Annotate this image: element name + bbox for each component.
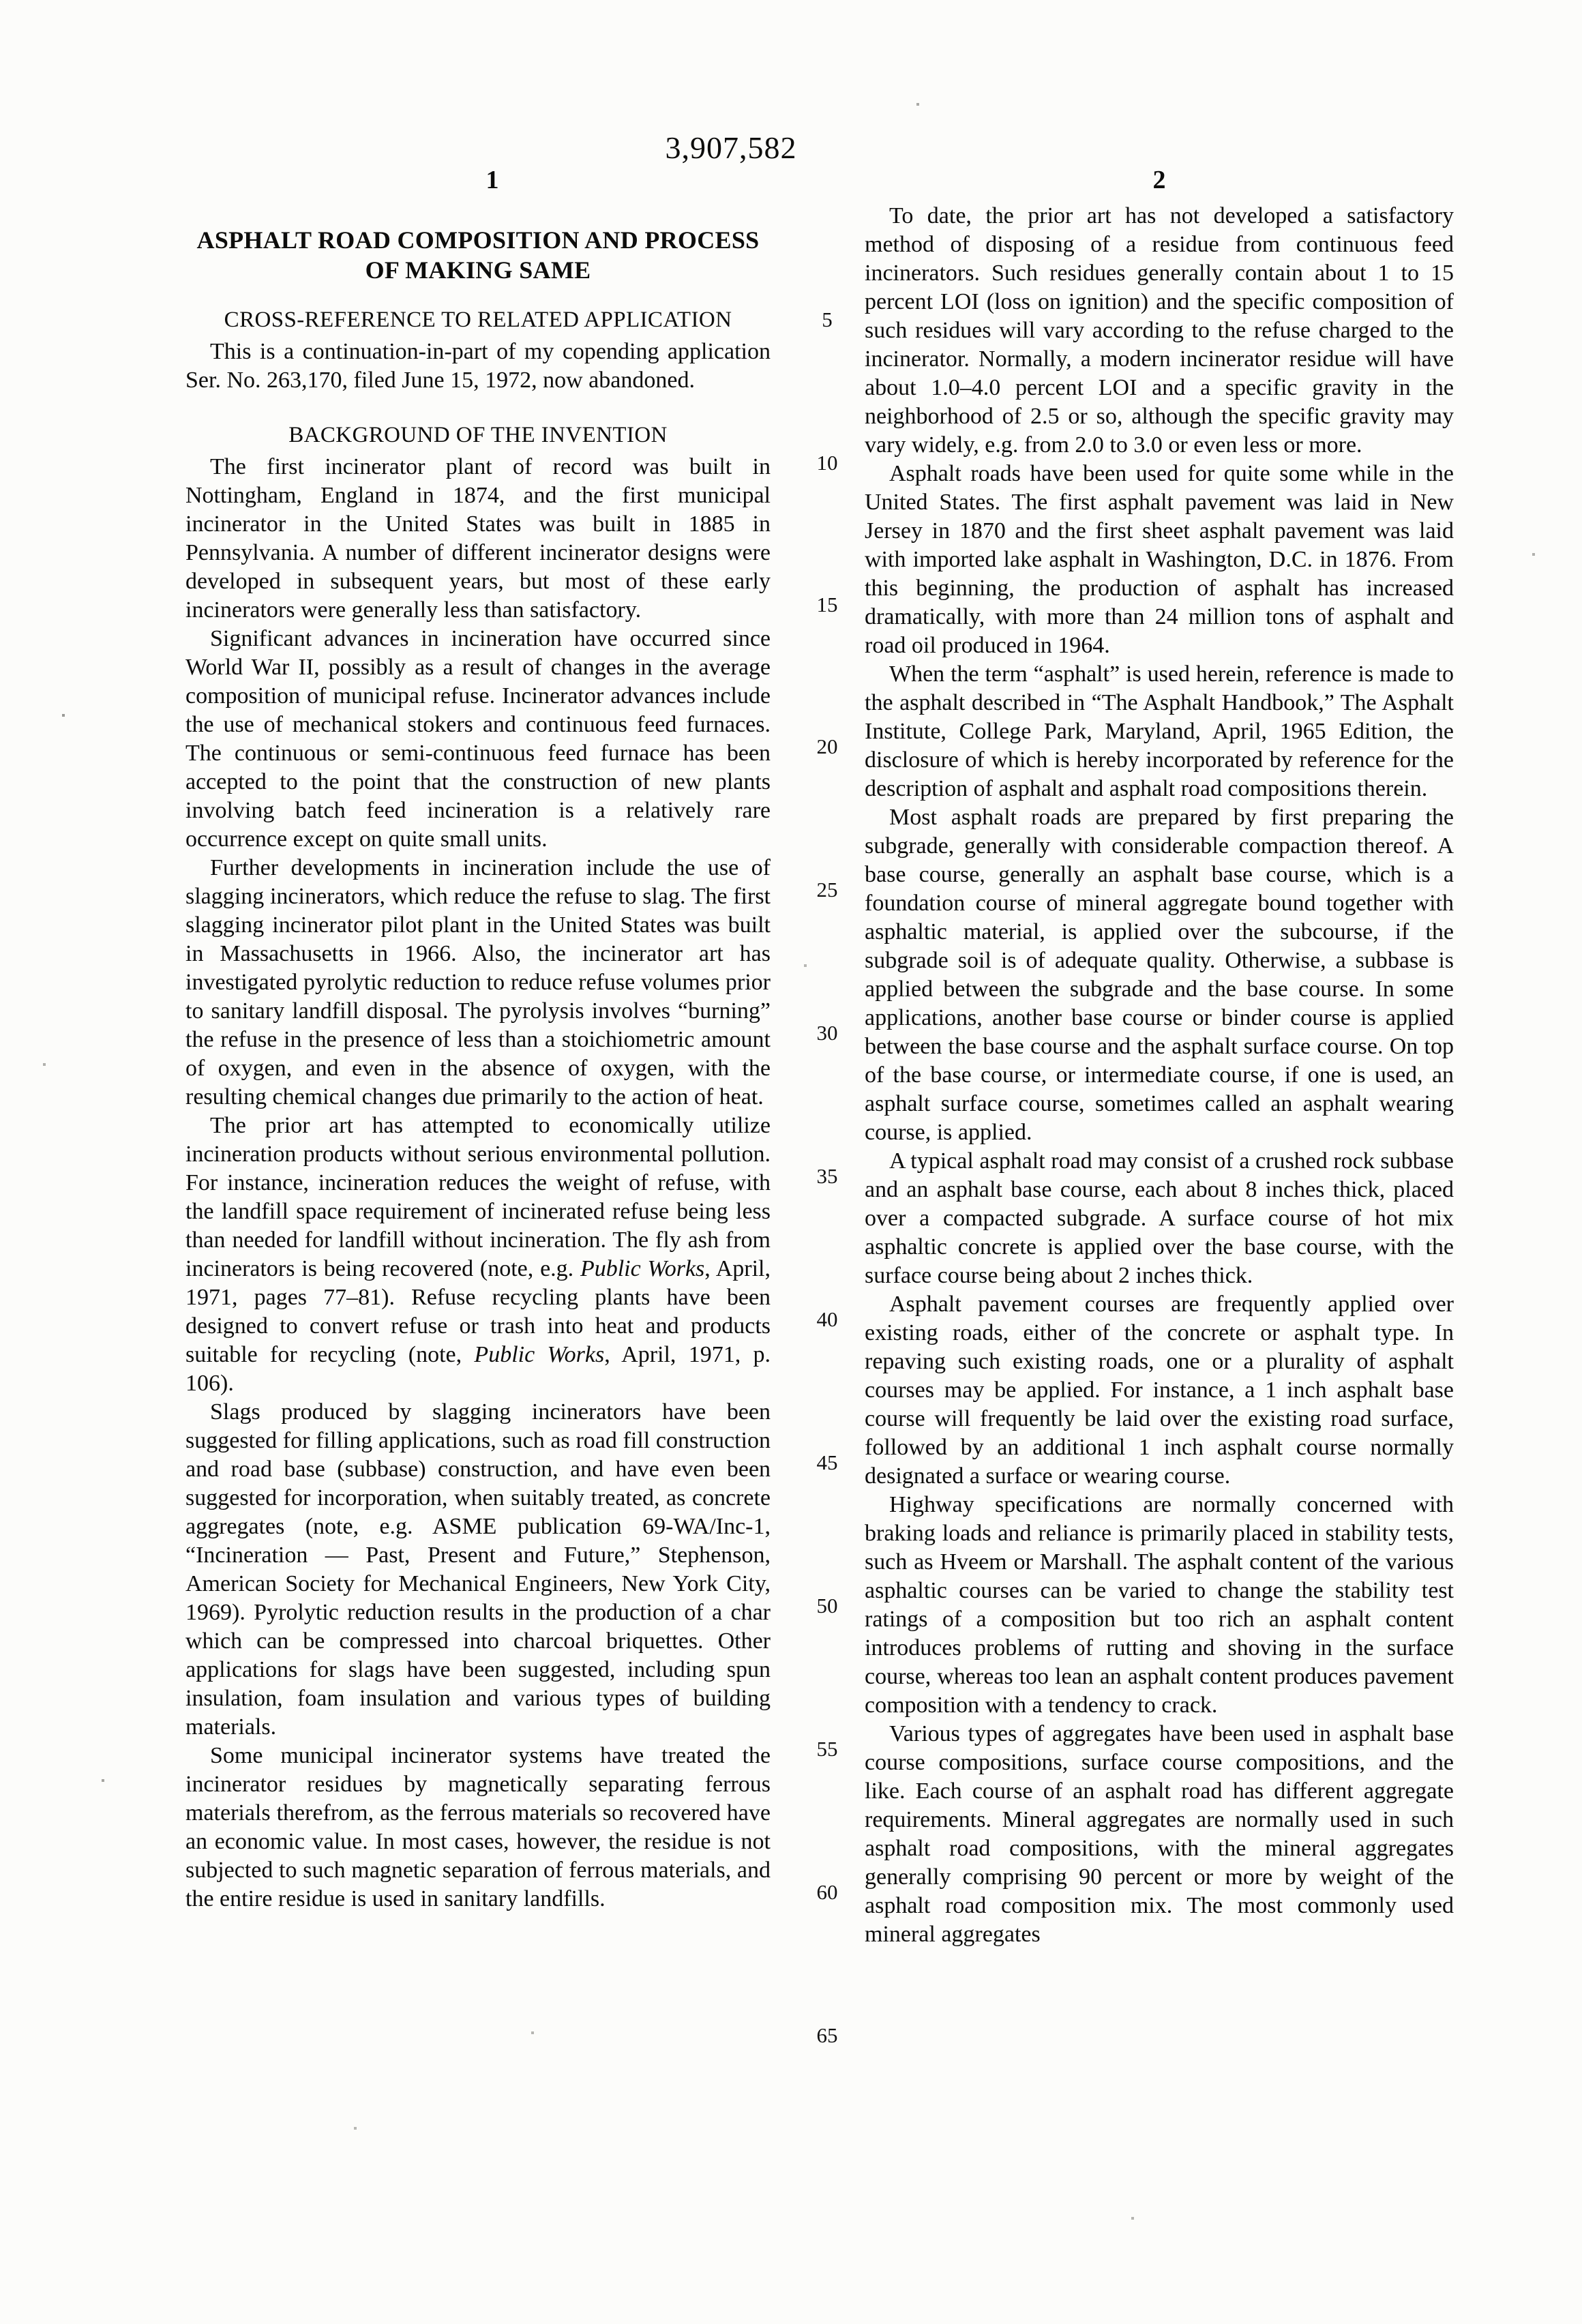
paragraph-background-5: Slags produced by slagging incinerators … xyxy=(185,1398,771,1742)
line-number-55: 55 xyxy=(791,1735,863,1763)
patent-page: 3,907,582 1 2 5 10 15 20 25 30 35 40 45 … xyxy=(0,0,1582,2324)
paragraph-background-4: The prior art has attempted to economica… xyxy=(185,1112,771,1398)
line-number-10: 10 xyxy=(791,449,863,477)
paragraph-right-1: To date, the prior art has not developed… xyxy=(865,202,1454,460)
line-number-30: 30 xyxy=(791,1019,863,1047)
paragraph-right-5: A typical asphalt road may consist of a … xyxy=(865,1147,1454,1290)
scan-speckles xyxy=(0,0,1,1)
column-number-1: 1 xyxy=(486,165,499,195)
paragraph-right-6: Asphalt pavement courses are frequently … xyxy=(865,1290,1454,1491)
line-number-40: 40 xyxy=(791,1305,863,1334)
line-number-5: 5 xyxy=(791,306,863,334)
patent-number: 3,907,582 xyxy=(666,130,797,166)
line-number-25: 25 xyxy=(791,876,863,904)
paragraph-right-8: Various types of aggregates have been us… xyxy=(865,1720,1454,1949)
background-heading: BACKGROUND OF THE INVENTION xyxy=(185,421,771,449)
paragraph-background-6: Some municipal incinerator systems have … xyxy=(185,1742,771,1913)
paragraph-right-2: Asphalt roads have been used for quite s… xyxy=(865,460,1454,660)
paragraph-background-2: Significant advances in incineration hav… xyxy=(185,625,771,854)
line-number-65: 65 xyxy=(791,2021,863,2050)
paragraph-right-7: Highway specifications are normally conc… xyxy=(865,1491,1454,1720)
line-number-20: 20 xyxy=(791,732,863,761)
invention-title: ASPHALT ROAD COMPOSITION AND PROCESS OF … xyxy=(185,225,771,285)
line-number-60: 60 xyxy=(791,1878,863,1907)
paragraph-cross-reference: This is a continuation-in-part of my cop… xyxy=(185,338,771,395)
column-1: ASPHALT ROAD COMPOSITION AND PROCESS OF … xyxy=(185,225,771,1913)
paragraph-background-3: Further developments in incineration inc… xyxy=(185,854,771,1112)
paragraph-background-1: The first incinerator plant of record wa… xyxy=(185,453,771,625)
paragraph-right-4: Most asphalt roads are prepared by first… xyxy=(865,803,1454,1147)
paragraph-right-3: When the term “asphalt” is used herein, … xyxy=(865,660,1454,803)
line-number-15: 15 xyxy=(791,591,863,619)
line-number-50: 50 xyxy=(791,1592,863,1620)
column-2: To date, the prior art has not developed… xyxy=(865,202,1454,1949)
column-number-2: 2 xyxy=(1153,165,1166,195)
line-number-45: 45 xyxy=(791,1448,863,1477)
line-number-35: 35 xyxy=(791,1162,863,1191)
cross-reference-heading: CROSS-REFERENCE TO RELATED APPLICATION xyxy=(185,306,771,334)
